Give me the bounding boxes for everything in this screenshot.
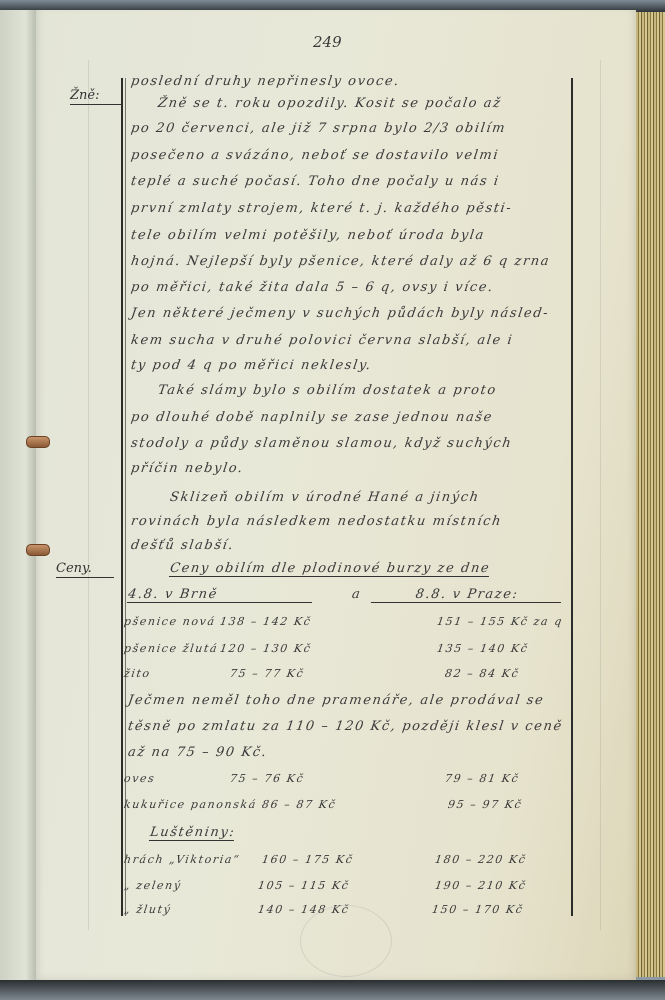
text-line: tele obilím velmi potěšily, neboť úroda … bbox=[130, 228, 486, 243]
text-line: stodoly a půdy slaměnou slamou, když suc… bbox=[130, 436, 513, 451]
price-praha: 79 – 81 Kč bbox=[444, 772, 520, 785]
price-praha: 135 – 140 Kč bbox=[436, 642, 529, 655]
page-stack-edge bbox=[636, 12, 665, 977]
text-line: teplé a suché počasí. Toho dne počaly u … bbox=[130, 174, 501, 189]
text-line: Sklizeň obilím v úrodné Hané a jiných bbox=[169, 490, 481, 505]
price-brno: 75 – 76 Kč bbox=[229, 772, 305, 785]
price-praha: 190 – 210 Kč bbox=[434, 879, 527, 892]
binding-ring-bottom bbox=[26, 544, 50, 556]
price-item: oves bbox=[123, 772, 156, 785]
text-line: Také slámy bylo s obilím dostatek a prot… bbox=[157, 383, 498, 398]
text-line: rovinách byla následkem nedostatku místn… bbox=[130, 514, 503, 529]
price-praha: 151 – 155 Kč za q bbox=[436, 615, 564, 628]
barley-note-line: Ječmen neměl toho dne pramenáře, ale pro… bbox=[127, 693, 545, 708]
price-brno: 138 – 142 Kč bbox=[219, 615, 312, 628]
prices-subheading-praha: 8.8. v Praze: bbox=[371, 587, 563, 603]
text-line: po 20 červenci, ale již 7 srpna bylo 2/3… bbox=[130, 121, 507, 136]
price-item: pšenice žlutá bbox=[123, 642, 219, 655]
text-line: po měřici, také žita dala 5 – 6 q, ovsy … bbox=[130, 280, 495, 295]
text-line: hojná. Nejlepší byly pšenice, které daly… bbox=[130, 254, 551, 269]
left-column-rule bbox=[121, 78, 123, 916]
faint-stamp bbox=[300, 905, 392, 977]
price-brno: 160 – 175 Kč bbox=[261, 853, 354, 866]
price-item: žito bbox=[123, 667, 152, 680]
text-line: kem sucha v druhé polovici června slabší… bbox=[130, 333, 514, 348]
barley-note-line: až na 75 – 90 Kč. bbox=[127, 745, 268, 760]
left-column-rule-inner bbox=[125, 78, 126, 916]
price-brno: 105 – 115 Kč bbox=[257, 879, 350, 892]
price-item: „ zelený bbox=[123, 879, 182, 892]
text-line: první zmlaty strojem, které t. j. každéh… bbox=[130, 201, 513, 216]
text-line: dešťů slabší. bbox=[130, 538, 235, 553]
price-brno: 86 – 87 Kč bbox=[261, 798, 337, 811]
text-line: posečeno a svázáno, neboť se dostavilo v… bbox=[130, 148, 500, 163]
price-item: kukuřice panonská bbox=[123, 798, 258, 811]
price-item: hrách „Viktoria“ bbox=[123, 853, 241, 866]
binding-ring-top bbox=[26, 436, 50, 448]
ghost-margin-line bbox=[88, 60, 89, 930]
price-item: „ žlutý bbox=[123, 903, 172, 916]
price-item: pšenice nová bbox=[123, 615, 216, 628]
barley-note-line: těsně po zmlatu za 110 – 120 Kč, později… bbox=[127, 719, 564, 734]
price-praha: 95 – 97 Kč bbox=[447, 798, 523, 811]
price-brno: 120 – 130 Kč bbox=[219, 642, 312, 655]
price-praha: 150 – 170 Kč bbox=[431, 903, 524, 916]
legumes-heading: Luštěniny: bbox=[149, 825, 236, 841]
page-number: 249 bbox=[313, 33, 342, 51]
price-praha: 82 – 84 Kč bbox=[444, 667, 520, 680]
margin-heading-prices: Ceny. bbox=[56, 561, 114, 578]
margin-heading-harvest: Žně: bbox=[70, 88, 122, 105]
bottom-shadow bbox=[0, 980, 665, 1000]
text-line: Žně se t. roku opozdily. Kosit se počalo… bbox=[157, 96, 503, 111]
prices-heading: Ceny obilím dle plodinové burzy ze dne bbox=[169, 561, 491, 577]
text-line: Jen některé ječmeny v suchých půdách byl… bbox=[130, 306, 550, 321]
price-praha: 180 – 220 Kč bbox=[434, 853, 527, 866]
text-line: ty pod 4 q po měřici neklesly. bbox=[130, 358, 373, 373]
text-line: poslední druhy nepřinesly ovoce. bbox=[130, 74, 401, 89]
price-brno: 75 – 77 Kč bbox=[229, 667, 305, 680]
ghost-margin-line bbox=[600, 60, 601, 930]
right-column-rule bbox=[571, 78, 573, 916]
prices-subheading-brno: 4.8. v Brně bbox=[127, 587, 314, 603]
binding-strip bbox=[0, 10, 37, 980]
text-line: po dlouhé době naplnily se zase jednou n… bbox=[130, 410, 494, 425]
text-line: příčin nebylo. bbox=[130, 461, 245, 476]
